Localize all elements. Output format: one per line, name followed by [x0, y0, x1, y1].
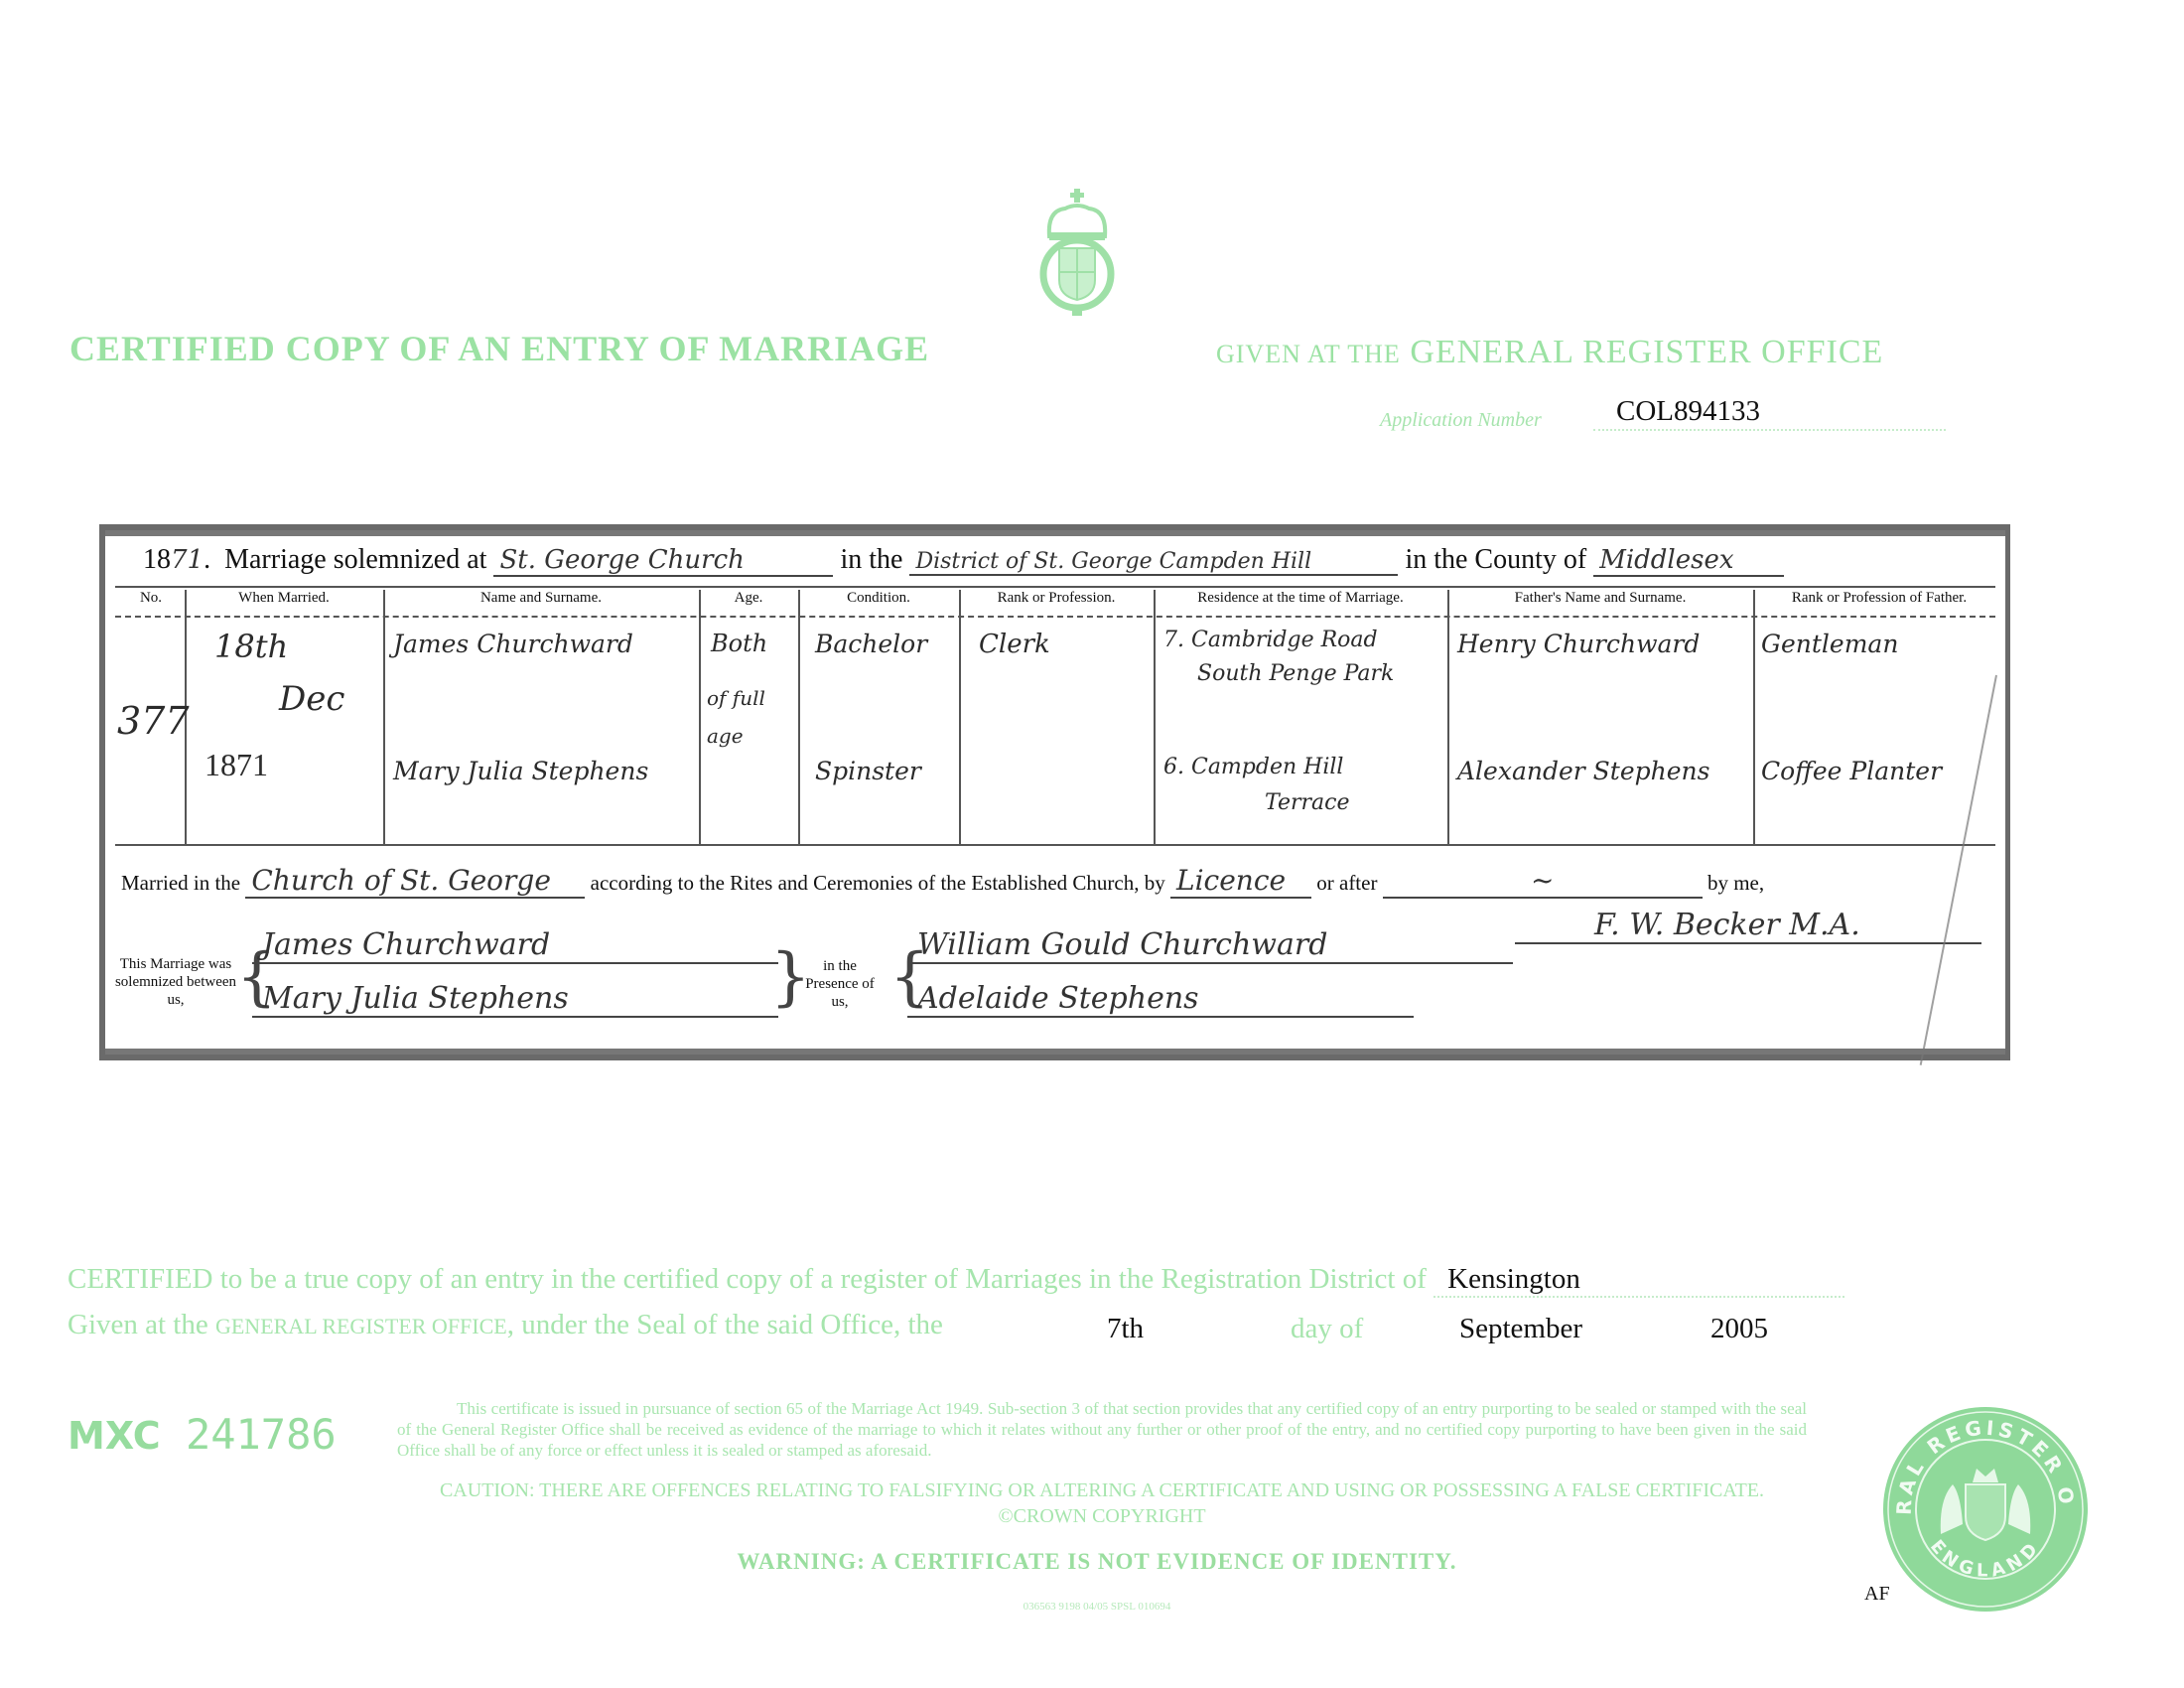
general-register-office-seal-icon: GENERAL REGISTER OFFICE ENGLAND: [1881, 1405, 2090, 1614]
column-rule: [383, 590, 385, 844]
groom-profession: Clerk: [979, 630, 1050, 659]
rites-text: according to the Rites and Ceremonies of…: [591, 871, 1165, 895]
bride-residence-line-1: 6. Campden Hill: [1163, 755, 1343, 779]
officiant-signature: F. W. Becker M.A.: [1515, 908, 1981, 944]
issue-year: 2005: [1710, 1313, 1768, 1345]
bride-name: Mary Julia Stephens: [393, 757, 648, 785]
entry-number: 377: [117, 699, 190, 743]
married-day: 18th: [214, 628, 288, 665]
married-year: 1871: [205, 747, 268, 783]
register-heading-row: 1871. Marriage solemnized at St. George …: [143, 544, 1784, 577]
column-header-name: Name and Surname.: [385, 590, 697, 607]
witness-1-signature: William Gould Churchward: [907, 927, 1513, 964]
given-at-office: General Register Office: [215, 1314, 507, 1338]
divider: [115, 844, 1995, 846]
column-rule: [959, 590, 961, 844]
county-value: Middlesex: [1593, 545, 1784, 577]
caution-notice: CAUTION: THERE ARE OFFENCES RELATING TO …: [407, 1477, 1797, 1529]
certificate-serial: MXC 241786: [68, 1410, 337, 1459]
married-in-row: Married in the Church of St. George acco…: [121, 864, 1764, 899]
day-of-label: day of: [1291, 1313, 1363, 1345]
issue-day: 7th: [1107, 1313, 1144, 1345]
by-value: Licence: [1170, 864, 1311, 899]
column-rule: [1154, 590, 1156, 844]
county-label: in the County of: [1405, 544, 1586, 575]
title-prefix: Given at the: [1216, 340, 1401, 368]
solemnized-label: Marriage solemnized at: [224, 544, 486, 575]
groom-residence-line-1: 7. Cambridge Road: [1163, 628, 1378, 652]
certification-line-1: CERTIFIED to be a true copy of an entry …: [68, 1263, 1844, 1298]
witness-2-signature: Adelaide Stephens: [907, 981, 1414, 1018]
column-header-no: No.: [119, 590, 183, 607]
married-in-label: Married in the: [121, 871, 240, 895]
given-at-label: Given at the: [68, 1309, 208, 1340]
issue-month: September: [1459, 1313, 1582, 1345]
age-line-1: Both: [711, 630, 767, 657]
column-header-residence: Residence at the time of Marriage.: [1156, 590, 1445, 607]
identity-warning: WARNING: A CERTIFICATE IS NOT EVIDENCE O…: [377, 1549, 1817, 1575]
column-header-age: Age.: [701, 590, 796, 607]
form-code: 036563 9198 04/05 SPSL 010694: [377, 1601, 1817, 1613]
column-rule: [699, 590, 701, 844]
column-header-when-married: When Married.: [187, 590, 381, 607]
column-rule: [1753, 590, 1755, 844]
groom-signature: James Churchward: [252, 927, 778, 964]
title-office: GENERAL REGISTER OFFICE: [1410, 334, 1883, 370]
marriage-register-entry: 1871. Marriage solemnized at St. George …: [99, 524, 2010, 1060]
bride-signature: Mary Julia Stephens: [252, 981, 778, 1018]
given-at-suffix: , under the Seal of the said Office, the: [507, 1309, 943, 1340]
year-handwritten: 71: [171, 545, 204, 575]
column-rule: [1447, 590, 1449, 844]
application-number-label: Application Number: [1380, 409, 1542, 432]
age-line-2: of full age: [707, 679, 796, 755]
legal-notice: This certificate is issued in pursuance …: [397, 1398, 1807, 1461]
column-rule: [798, 590, 800, 844]
bride-residence-line-2: Terrace: [1265, 790, 1349, 815]
application-number-rule: [1593, 429, 1946, 431]
royal-crest-icon: [1037, 189, 1117, 318]
groom-residence-line-2: South Penge Park: [1197, 661, 1394, 686]
certification-text: CERTIFIED to be a true copy of an entry …: [68, 1263, 1427, 1295]
groom-condition: Bachelor: [815, 630, 927, 658]
serial-prefix: MXC: [68, 1414, 161, 1458]
registration-district: Kensington: [1433, 1263, 1844, 1298]
in-the-label: in the: [840, 544, 902, 575]
column-header-condition: Condition.: [800, 590, 957, 607]
presence-label: in the Presence of us,: [800, 957, 880, 1011]
year-prefix: 18: [143, 544, 171, 575]
bride-father-profession: Coffee Planter: [1761, 757, 1942, 785]
district-value: District of St. George Campden Hill: [909, 549, 1398, 576]
divider: [115, 616, 1995, 618]
or-after-label: or after: [1316, 871, 1377, 895]
groom-father-name: Henry Churchward: [1457, 630, 1700, 658]
divider: [115, 586, 1995, 588]
issuing-office-title: Given at the GENERAL REGISTER OFFICE: [1216, 334, 1883, 371]
groom-father-profession: Gentleman: [1761, 630, 1898, 658]
certification-line-2: Given at the General Register Office, un…: [68, 1309, 943, 1341]
application-number-value: COL894133: [1616, 395, 1760, 428]
groom-name: James Churchward: [393, 630, 633, 658]
serial-number: 241786: [186, 1410, 337, 1459]
or-after-value: ~: [1383, 864, 1703, 899]
bride-condition: Spinster: [815, 757, 921, 785]
married-in-value: Church of St. George: [245, 864, 585, 899]
register-bottom-border: [105, 1049, 2005, 1055]
married-month: Dec: [279, 679, 344, 719]
by-me-label: by me,: [1707, 871, 1764, 895]
column-header-rank: Rank or Profession.: [961, 590, 1152, 607]
bride-father-name: Alexander Stephens: [1457, 757, 1709, 785]
column-header-father-rank: Rank or Profession of Father.: [1755, 590, 2003, 607]
solemnized-place: St. George Church: [493, 545, 833, 577]
between-us-label: This Marriage was solemnized between us,: [111, 955, 240, 1009]
column-header-father-name: Father's Name and Surname.: [1449, 590, 1751, 607]
certificate-title: CERTIFIED COPY OF AN ENTRY OF MARRIAGE: [69, 328, 929, 369]
